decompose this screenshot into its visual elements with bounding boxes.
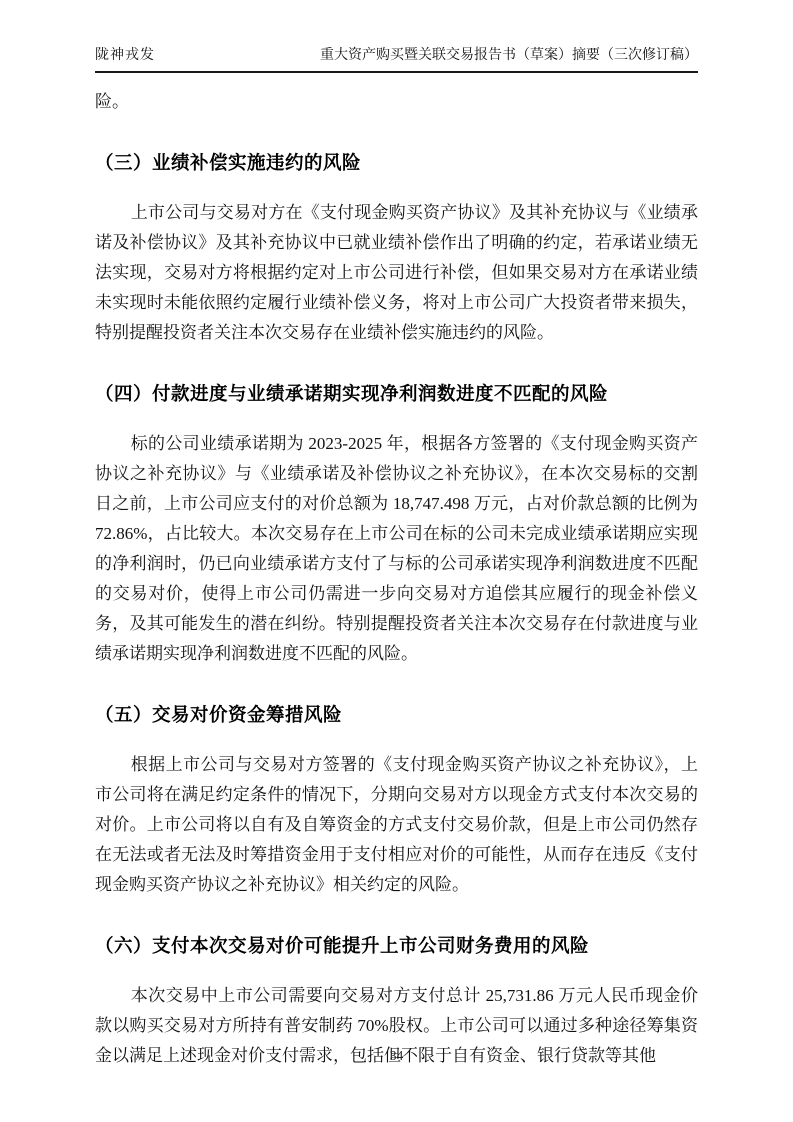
page-body: 险。 （三）业绩补偿实施违约的风险 上市公司与交易对方在《支付现金购买资产协议》… [95,73,698,1071]
paragraph-continuation: 险。 [95,87,698,117]
header-company-name: 陇神戎发 [95,46,155,66]
header-document-title: 重大资产购买暨关联交易报告书（草案）摘要（三次修订稿） [320,46,698,66]
document-page: 陇神戎发 重大资产购买暨关联交易报告书（草案）摘要（三次修订稿） 险。 （三）业… [0,0,793,1122]
page-header: 陇神戎发 重大资产购买暨关联交易报告书（草案）摘要（三次修订稿） [95,46,698,73]
section-5-paragraph: 根据上市公司与交易对方签署的《支付现金购买资产协议之补充协议》，上市公司将在满足… [95,750,698,900]
section-4: （四）付款进度与业绩承诺期实现净利润数进度不匹配的风险 标的公司业绩承诺期为 2… [95,381,698,669]
section-5: （五）交易对价资金筹措风险 根据上市公司与交易对方签署的《支付现金购买资产协议之… [95,702,698,900]
section-3-heading: （三）业绩补偿实施违约的风险 [95,150,698,176]
page-number: 34 [390,1048,404,1063]
page-footer: 34 [0,1048,793,1064]
section-3-paragraph: 上市公司与交易对方在《支付现金购买资产协议》及其补充协议与《业绩承诺及补偿协议》… [95,198,698,348]
section-4-paragraph: 标的公司业绩承诺期为 2023-2025 年，根据各方签署的《支付现金购买资产协… [95,429,698,669]
section-3: （三）业绩补偿实施违约的风险 上市公司与交易对方在《支付现金购买资产协议》及其补… [95,150,698,348]
section-5-heading: （五）交易对价资金筹措风险 [95,702,698,728]
section-4-heading: （四）付款进度与业绩承诺期实现净利润数进度不匹配的风险 [95,381,698,407]
section-6-heading: （六）支付本次交易对价可能提升上市公司财务费用的风险 [95,933,698,959]
